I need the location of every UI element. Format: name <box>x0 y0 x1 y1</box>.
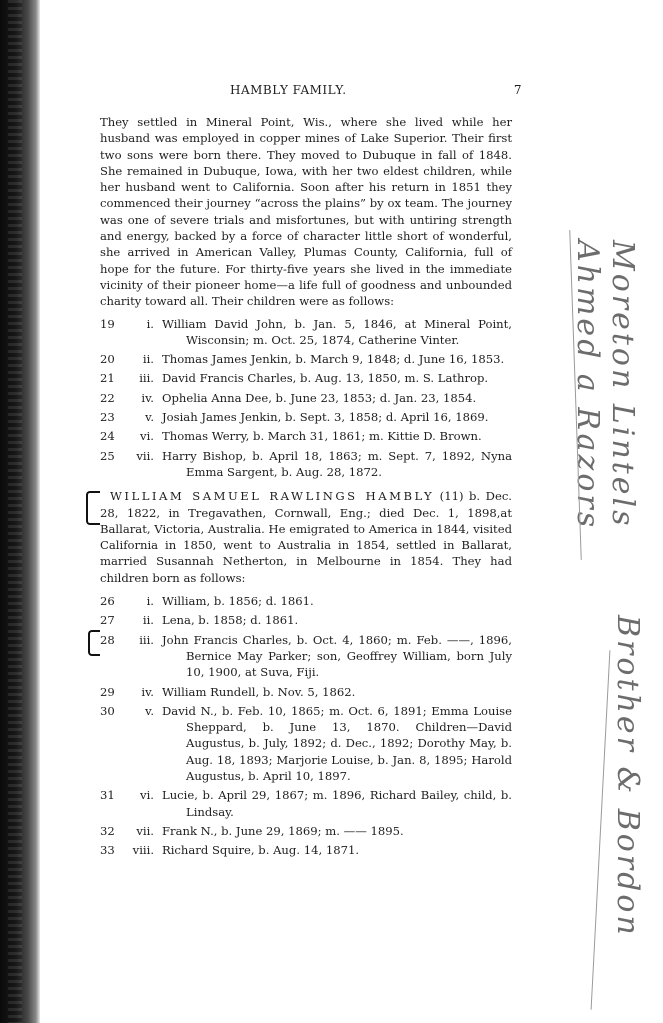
entry-text: Thomas James Jenkin, b. March 9, 1848; d… <box>162 351 512 367</box>
entry-ordinal: i. <box>100 316 162 332</box>
genealogy-entry: 21iii.David Francis Charles, b. Aug. 13,… <box>100 370 512 386</box>
entry-text: William Rundell, b. Nov. 5, 1862. <box>162 684 512 700</box>
entry-text: Richard Squire, b. Aug. 14, 1871. <box>162 842 512 858</box>
entry-ordinal: ii. <box>100 351 162 367</box>
entry-ordinal: iv. <box>100 390 162 406</box>
genealogy-entry: 26i.William, b. 1856; d. 1861. <box>100 593 512 609</box>
page-number: 7 <box>514 82 522 98</box>
handwritten-bracket-section <box>86 491 100 525</box>
genealogy-entry: 29iv.William Rundell, b. Nov. 5, 1862. <box>100 684 512 700</box>
children-list-second: 26i.William, b. 1856; d. 1861.27ii.Lena,… <box>100 593 512 858</box>
entry-text: Frank N., b. June 29, 1869; m. —— 1895. <box>162 823 512 839</box>
entry-text: Thomas Werry, b. March 31, 1861; m. Kitt… <box>162 428 512 444</box>
genealogy-entry: 20ii.Thomas James Jenkin, b. March 9, 18… <box>100 351 512 367</box>
margin-pencil-line-lower <box>591 650 611 1010</box>
entry-text: Harry Bishop, b. April 18, 1863; m. Sept… <box>162 448 512 481</box>
genealogy-entry: 28iii.John Francis Charles, b. Oct. 4, 1… <box>100 632 512 681</box>
entry-ordinal: vii. <box>100 448 162 464</box>
entry-ordinal: ii. <box>100 612 162 628</box>
genealogy-entry: 27ii.Lena, b. 1858; d. 1861. <box>100 612 512 628</box>
entry-text: Lena, b. 1858; d. 1861. <box>162 612 512 628</box>
section-paragraph: WILLIAM SAMUEL RAWLINGS HAMBLY (11) b. D… <box>100 488 512 586</box>
section-name: WILLIAM SAMUEL RAWLINGS HAMBLY <box>110 489 434 503</box>
entry-text: William, b. 1856; d. 1861. <box>162 593 512 609</box>
genealogy-entry: 19i.William David John, b. Jan. 5, 1846,… <box>100 316 512 349</box>
genealogy-entry: 33viii.Richard Squire, b. Aug. 14, 1871. <box>100 842 512 858</box>
genealogy-entry: 22iv.Ophelia Anna Dee, b. June 23, 1853;… <box>100 390 512 406</box>
genealogy-entry: 23v.Josiah James Jenkin, b. Sept. 3, 185… <box>100 409 512 425</box>
book-binding-shadow <box>0 0 40 1023</box>
entry-ordinal: iv. <box>100 684 162 700</box>
section-text: (11) b. Dec. 28, 1822, in Tregavathen, C… <box>100 489 512 584</box>
entry-ordinal: i. <box>100 593 162 609</box>
margin-note-upper-1: Moreton Lintels <box>605 240 640 529</box>
genealogy-entry: 30v.David N., b. Feb. 10, 1865; m. Oct. … <box>100 703 512 784</box>
genealogy-entry: 32vii.Frank N., b. June 29, 1869; m. —— … <box>100 823 512 839</box>
genealogy-entry: 25vii.Harry Bishop, b. April 18, 1863; m… <box>100 448 512 481</box>
entry-text: Ophelia Anna Dee, b. June 23, 1853; d. J… <box>162 390 512 406</box>
entry-ordinal: iii. <box>100 370 162 386</box>
entry-ordinal: v. <box>100 409 162 425</box>
entry-text: John Francis Charles, b. Oct. 4, 1860; m… <box>162 632 512 681</box>
handwritten-bracket-entry-28 <box>88 630 100 656</box>
running-head: HAMBLY FAMILY. 7 <box>100 82 512 102</box>
entry-ordinal: v. <box>100 703 162 719</box>
entry-text: David Francis Charles, b. Aug. 13, 1850,… <box>162 370 512 386</box>
entry-ordinal: iii. <box>100 632 162 648</box>
margin-note-lower: Brother & Bordon <box>610 615 645 938</box>
genealogy-entry: 24vi.Thomas Werry, b. March 31, 1861; m.… <box>100 428 512 444</box>
entry-text: William David John, b. Jan. 5, 1846, at … <box>162 316 512 349</box>
entry-ordinal: viii. <box>100 842 162 858</box>
genealogy-entry: 31vi.Lucie, b. April 29, 1867; m. 1896, … <box>100 787 512 820</box>
intro-paragraph: They settled in Mineral Point, Wis., whe… <box>100 114 512 310</box>
entry-ordinal: vi. <box>100 787 162 803</box>
running-title: HAMBLY FAMILY. <box>230 82 347 98</box>
book-page: HAMBLY FAMILY. 7 They settled in Mineral… <box>100 82 512 861</box>
entry-text: Lucie, b. April 29, 1867; m. 1896, Richa… <box>162 787 512 820</box>
entry-text: Josiah James Jenkin, b. Sept. 3, 1858; d… <box>162 409 512 425</box>
children-list-first: 19i.William David John, b. Jan. 5, 1846,… <box>100 316 512 481</box>
entry-text: David N., b. Feb. 10, 1865; m. Oct. 6, 1… <box>162 703 512 784</box>
entry-ordinal: vii. <box>100 823 162 839</box>
entry-ordinal: vi. <box>100 428 162 444</box>
